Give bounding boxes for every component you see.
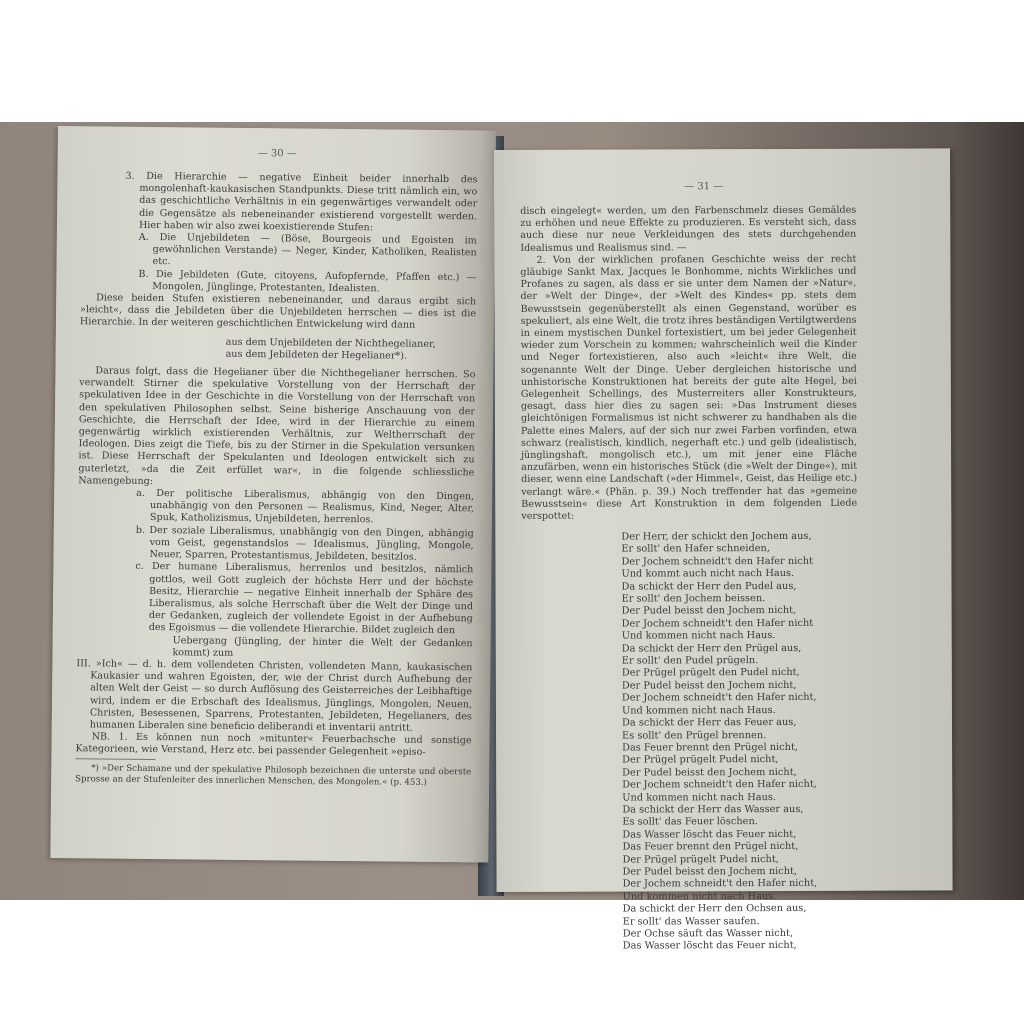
poem-line: Das Wasser löscht das Feuer nicht, <box>622 829 817 842</box>
right-page: — 31 — disch eingelegt« werden, um den F… <box>494 148 953 892</box>
footnote-rule <box>75 758 155 760</box>
poem-line: Der Pudel beisst den Jochem nicht, <box>622 605 817 618</box>
poem-line: Da schickt der Herr den Ochsen aus, <box>623 903 818 916</box>
footnote: *) »Der Schamane und der spekulative Phi… <box>75 763 471 789</box>
poem-line: Das Feuer brennt den Prügel nicht, <box>622 841 817 854</box>
left-page-body: 3. Die Hierarchie — negative Einheit bei… <box>111 171 477 789</box>
poem-line: Da schickt der Herr das Wasser aus, <box>622 804 817 817</box>
poem-line: Der Pudel beisst den Jochem nicht, <box>623 866 818 879</box>
paragraph: disch eingelegt« werden, um den Farbensc… <box>520 205 856 255</box>
poem-line: Da schickt der Herr den Prügel aus, <box>622 643 817 656</box>
poem-line: Und kommen nicht nach Haus. <box>623 891 818 904</box>
poem-line: Da schickt der Herr den Pudel aus, <box>622 581 817 594</box>
paragraph: Daraus folgt, dass die Hegelianer über d… <box>78 365 475 491</box>
poem-line: Der Prügel prügelt Pudel nicht, <box>622 754 817 767</box>
paragraph: 3. Die Hierarchie — negative Einheit bei… <box>117 171 478 236</box>
poem-line: Und kommen nicht nach Haus. <box>622 705 817 718</box>
right-page-body: disch eingelegt« werden, um den Farbensc… <box>520 205 857 523</box>
paragraph: NB. 1. Es können nun noch »mitunter« Feu… <box>75 731 471 760</box>
poem-line: Und kommen nicht nach Haus. <box>622 791 817 804</box>
paragraph: III. »Ich« — d. h. dem vollendeten Chris… <box>76 658 473 735</box>
list-item: B. Die Jebildeten (Gute, citoyens, Aufop… <box>116 268 476 296</box>
poem-line: Der Jochem schneidt't den Hafer nicht <box>621 556 816 569</box>
page-number-right: — 31 — <box>684 181 723 192</box>
poem-line: Und kommen nicht nach Haus. <box>622 630 817 643</box>
poem-line: Er sollt' den Hafer schneiden, <box>621 543 816 556</box>
list-item: A. Die Unjebildeten — (Böse, Bourgeois u… <box>117 232 477 272</box>
poem-line: Er sollt' den Pudel prügeln. <box>622 655 817 668</box>
paragraph: Uebergang (Jüngling, der hinter die Welt… <box>112 634 472 662</box>
poem-line: Er sollt' das Wasser saufen. <box>623 915 818 928</box>
poem-line: Das Wasser löscht das Feuer nicht, <box>623 940 818 953</box>
poem-line: Der Jochem schneidt't den Hafer nicht, <box>622 779 817 792</box>
list-item: b. Der soziale Liberalismus, unabhängig … <box>113 524 473 564</box>
poem-line: Und kommt auch nicht nach Haus. <box>621 568 816 581</box>
poem-line: Er sollt' den Jochem beissen. <box>622 593 817 606</box>
poem-line: Der Jochem schneidt't den Hafer nicht <box>622 618 817 631</box>
poem: Der Herr, der schickt den Jochem aus,Er … <box>621 531 817 953</box>
poem-line: Da schickt der Herr das Feuer aus, <box>622 717 817 730</box>
poem-line: Der Pudel beisst den Jochem nicht, <box>622 767 817 780</box>
paragraph: 2. Von der wirklichen profanen Geschicht… <box>520 254 857 524</box>
poem-line: Es sollt' das Feuer löschen. <box>622 816 817 829</box>
left-page: — 30 — 3. Die Hierarchie — negative Einh… <box>50 126 496 863</box>
poem-line: Der Pudel beisst den Jochem nicht, <box>622 680 817 693</box>
poem-line: Es sollt' den Prügel brennen. <box>622 729 817 742</box>
poem-line: Der Herr, der schickt den Jochem aus, <box>621 531 816 544</box>
poem-line: Das Feuer brennt den Prügel nicht, <box>622 742 817 755</box>
list-item: c. Der humane Liberalismus, herrenlos un… <box>113 561 474 638</box>
paragraph: Diese beiden Stufen existieren nebeneina… <box>80 292 476 333</box>
list-item: a. Der politische Liberalismus, abhängig… <box>114 488 474 528</box>
page-number-left: — 30 — <box>258 148 297 159</box>
poem-line: Der Jochem schneidt't den Hafer nicht, <box>623 878 818 891</box>
poem-line: Der Ochse säuft das Wasser nicht, <box>623 928 818 941</box>
poem-line: Der Jochem schneidt't den Hafer nicht, <box>622 692 817 705</box>
poem-line: Der Prügel prügelt den Pudel nicht, <box>622 667 817 680</box>
poem-line: Der Prügel prügelt Pudel nicht, <box>622 853 817 866</box>
